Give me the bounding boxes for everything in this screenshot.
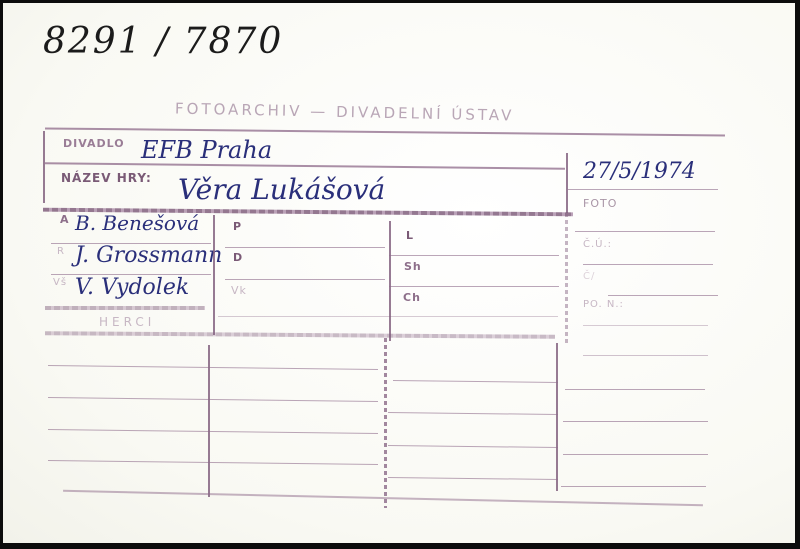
lower-row-line-2b [388, 412, 558, 415]
lower-row-line-3b [388, 445, 558, 448]
archive-number: 8291 / 7870 [43, 21, 283, 62]
middle-label-d: D [233, 251, 243, 264]
foto-label-pon: PO. N.: [583, 299, 624, 310]
foto-divider-1 [575, 231, 715, 232]
divadlo-label: DIVADLO [63, 137, 125, 150]
foto-label-c: Č/ [583, 271, 595, 282]
herci-label: HERCI [99, 315, 155, 329]
right-label-ch: Ch [403, 291, 421, 304]
lower-row-line-3c [563, 454, 708, 455]
credit-label-vs: Vš [53, 277, 67, 288]
lower-row-line-4c [561, 486, 706, 487]
col-line-foto-side [565, 213, 568, 343]
lower-row-line-1b [393, 380, 558, 383]
foto-label-cu: Č.Ú.: [583, 239, 612, 250]
middle-band-line [218, 316, 558, 317]
lower-table-bottom-line [63, 490, 703, 507]
top-box-left-line [43, 131, 45, 203]
right-divider-2 [389, 286, 559, 287]
right-label-sh: Sh [404, 260, 422, 273]
lower-row-line-4 [48, 460, 378, 465]
middle-label-p: P [233, 220, 242, 233]
lower-row-line-4b [388, 477, 558, 480]
foto-divider-5 [583, 355, 708, 356]
nazev-hry-label: NÁZEV HRY: [61, 171, 152, 185]
lower-row-line-3 [48, 429, 378, 434]
credit-label-a: A [60, 213, 70, 226]
lower-row-line-2 [48, 397, 378, 402]
date-underline [568, 189, 718, 190]
date-value: 27/5/1974 [583, 159, 696, 184]
nazev-hry-value: Věra Lukášová [178, 173, 385, 206]
col-line-2-upper [389, 221, 391, 341]
foto-divider-2 [583, 264, 713, 265]
foto-divider-4 [583, 325, 708, 326]
foto-label: FOTO [583, 197, 617, 210]
col-line-2-lower [384, 338, 387, 508]
divadlo-divider [45, 162, 565, 169]
archive-photo-card: 8291 / 7870 FOTOARCHIV — DIVADELNÍ ÚSTAV… [3, 3, 795, 543]
col-line-1-upper [213, 215, 215, 335]
middle-label-vk: Vk [231, 284, 247, 297]
lower-row-line-1 [48, 365, 378, 370]
middle-divider-1 [225, 247, 385, 248]
lower-row-line-1c [565, 389, 705, 390]
foto-column-left-line [566, 153, 568, 213]
right-divider-1 [389, 255, 559, 256]
divadlo-value: EFB Praha [141, 136, 272, 164]
herci-top-line [45, 306, 205, 310]
credit-value-vs: V. Vydolek [75, 275, 189, 300]
right-label-l: L [406, 229, 414, 242]
middle-divider-2 [225, 279, 385, 280]
lower-row-line-2c [563, 421, 708, 422]
col-line-3-lower [556, 343, 558, 491]
stamp-header: FOTOARCHIV — DIVADELNÍ ÚSTAV [175, 99, 515, 124]
credit-label-r: R [57, 246, 65, 257]
foto-divider-3 [608, 295, 718, 296]
herci-bottom-line [45, 331, 555, 339]
credit-value-r: J. Grossmann [75, 243, 222, 268]
credit-value-a: B. Benešová [75, 211, 199, 235]
